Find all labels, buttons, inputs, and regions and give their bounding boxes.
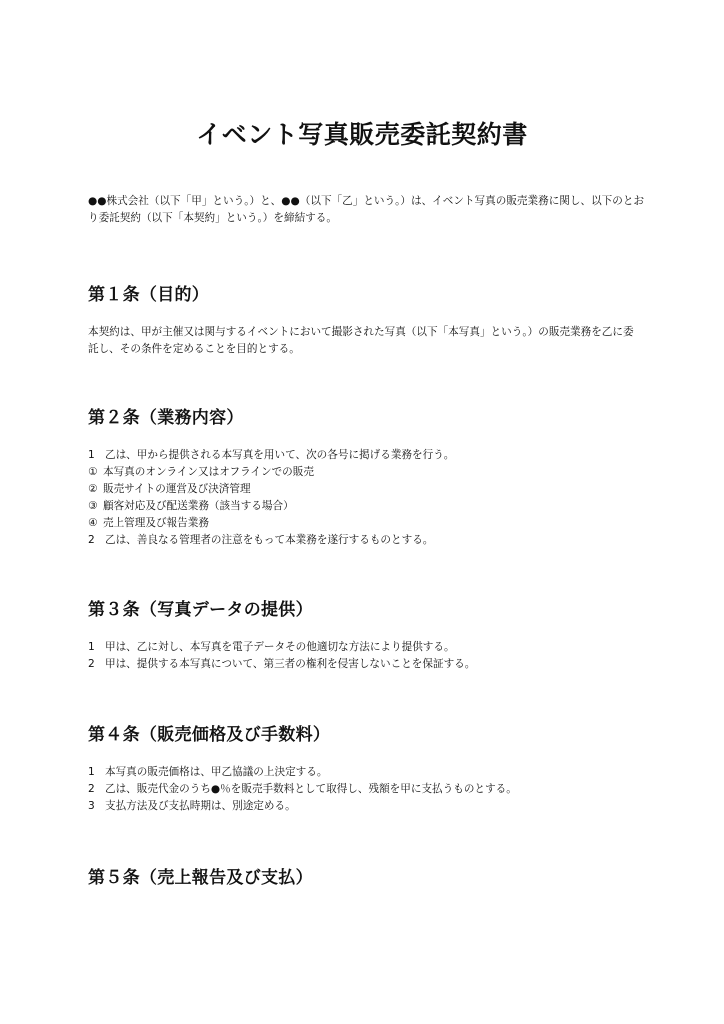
clause-2: 2乙は、善良なる管理者の注意をもって本業務を遂行するものとする。 [88,532,658,549]
clause-2: 2乙は、販売代金のうち●％を販売手数料として取得し、残額を甲に支払うものとする。 [88,781,658,798]
clause-number: 2 [88,532,105,549]
circled-number-4: ④ [88,515,103,532]
clause-2: 2甲は、提供する本写真について、第三者の権利を侵害しないことを保証する。 [88,656,658,673]
article-heading: 第３条（写真データの提供） [88,598,658,622]
sub-item-2: ②販売サイトの運営及び決済管理 [88,481,658,498]
clause-text: 支払方法及び支払時期は、別途定める。 [105,800,296,812]
article-body: 1本写真の販売価格は、甲乙協議の上決定する。 2乙は、販売代金のうち●％を販売手… [88,764,658,815]
circled-number-1: ① [88,464,103,481]
sub-item-3: ③顧客対応及び配送業務（該当する場合） [88,498,658,515]
article-body: 1乙は、甲から提供される本写真を用いて、次の各号に掲げる業務を行う。 ①本写真の… [88,447,658,549]
document-page: イベント写真販売委託契約書 ●●株式会社（以下「甲」という。）と、●●（以下「乙… [0,0,724,1024]
clause-number: 1 [88,447,105,464]
clause-3: 3支払方法及び支払時期は、別途定める。 [88,798,658,815]
article-paragraph: 本契約は、甲が主催又は関与するイベントにおいて撮影された写真（以下「本写真」とい… [88,324,644,358]
circled-number-2: ② [88,481,103,498]
sub-item-text: 顧客対応及び配送業務（該当する場合） [103,500,294,512]
article-body: 1甲は、乙に対し、本写真を電子データその他適切な方法により提供する。 2甲は、提… [88,639,658,673]
clause-text: 乙は、善良なる管理者の注意をもって本業務を遂行するものとする。 [105,534,433,546]
clause-number: 1 [88,639,105,656]
clause-text: 甲は、乙に対し、本写真を電子データその他適切な方法により提供する。 [105,641,455,653]
article-1: 第１条（目的） 本契約は、甲が主催又は関与するイベントにおいて撮影された写真（以… [88,283,658,358]
clause-text: 甲は、提供する本写真について、第三者の権利を侵害しないことを保証する。 [105,658,475,670]
clause-number: 2 [88,781,105,798]
clause-number: 3 [88,798,105,815]
sub-item-text: 売上管理及び報告業務 [103,517,209,529]
clause-text: 乙は、甲から提供される本写真を用いて、次の各号に掲げる業務を行う。 [105,449,454,461]
document-title: イベント写真販売委託契約書 [0,118,724,152]
clause-1: 1甲は、乙に対し、本写真を電子データその他適切な方法により提供する。 [88,639,658,656]
clause-1: 1本写真の販売価格は、甲乙協議の上決定する。 [88,764,658,781]
article-5: 第５条（売上報告及び支払） [88,866,658,907]
article-4: 第４条（販売価格及び手数料） 1本写真の販売価格は、甲乙協議の上決定する。 2乙… [88,723,658,815]
sub-item-1: ①本写真のオンライン又はオフラインでの販売 [88,464,658,481]
circled-number-3: ③ [88,498,103,515]
clause-text: 乙は、販売代金のうち●％を販売手数料として取得し、残額を甲に支払うものとする。 [105,783,517,795]
clause-number: 2 [88,656,105,673]
article-heading: 第５条（売上報告及び支払） [88,866,658,890]
clause-1: 1乙は、甲から提供される本写真を用いて、次の各号に掲げる業務を行う。 [88,447,658,464]
clause-number: 1 [88,764,105,781]
article-2: 第２条（業務内容） 1乙は、甲から提供される本写真を用いて、次の各号に掲げる業務… [88,406,658,549]
sub-item-4: ④売上管理及び報告業務 [88,515,658,532]
sub-item-text: 本写真のオンライン又はオフラインでの販売 [103,466,314,478]
article-3: 第３条（写真データの提供） 1甲は、乙に対し、本写真を電子データその他適切な方法… [88,598,658,673]
clause-text: 本写真の販売価格は、甲乙協議の上決定する。 [105,766,327,778]
sub-item-text: 販売サイトの運営及び決済管理 [103,483,251,495]
article-heading: 第２条（業務内容） [88,406,658,430]
article-heading: 第４条（販売価格及び手数料） [88,723,658,747]
article-heading: 第１条（目的） [88,283,658,307]
preamble-paragraph: ●●株式会社（以下「甲」という。）と、●●（以下「乙」という。）は、イベント写真… [88,193,648,227]
